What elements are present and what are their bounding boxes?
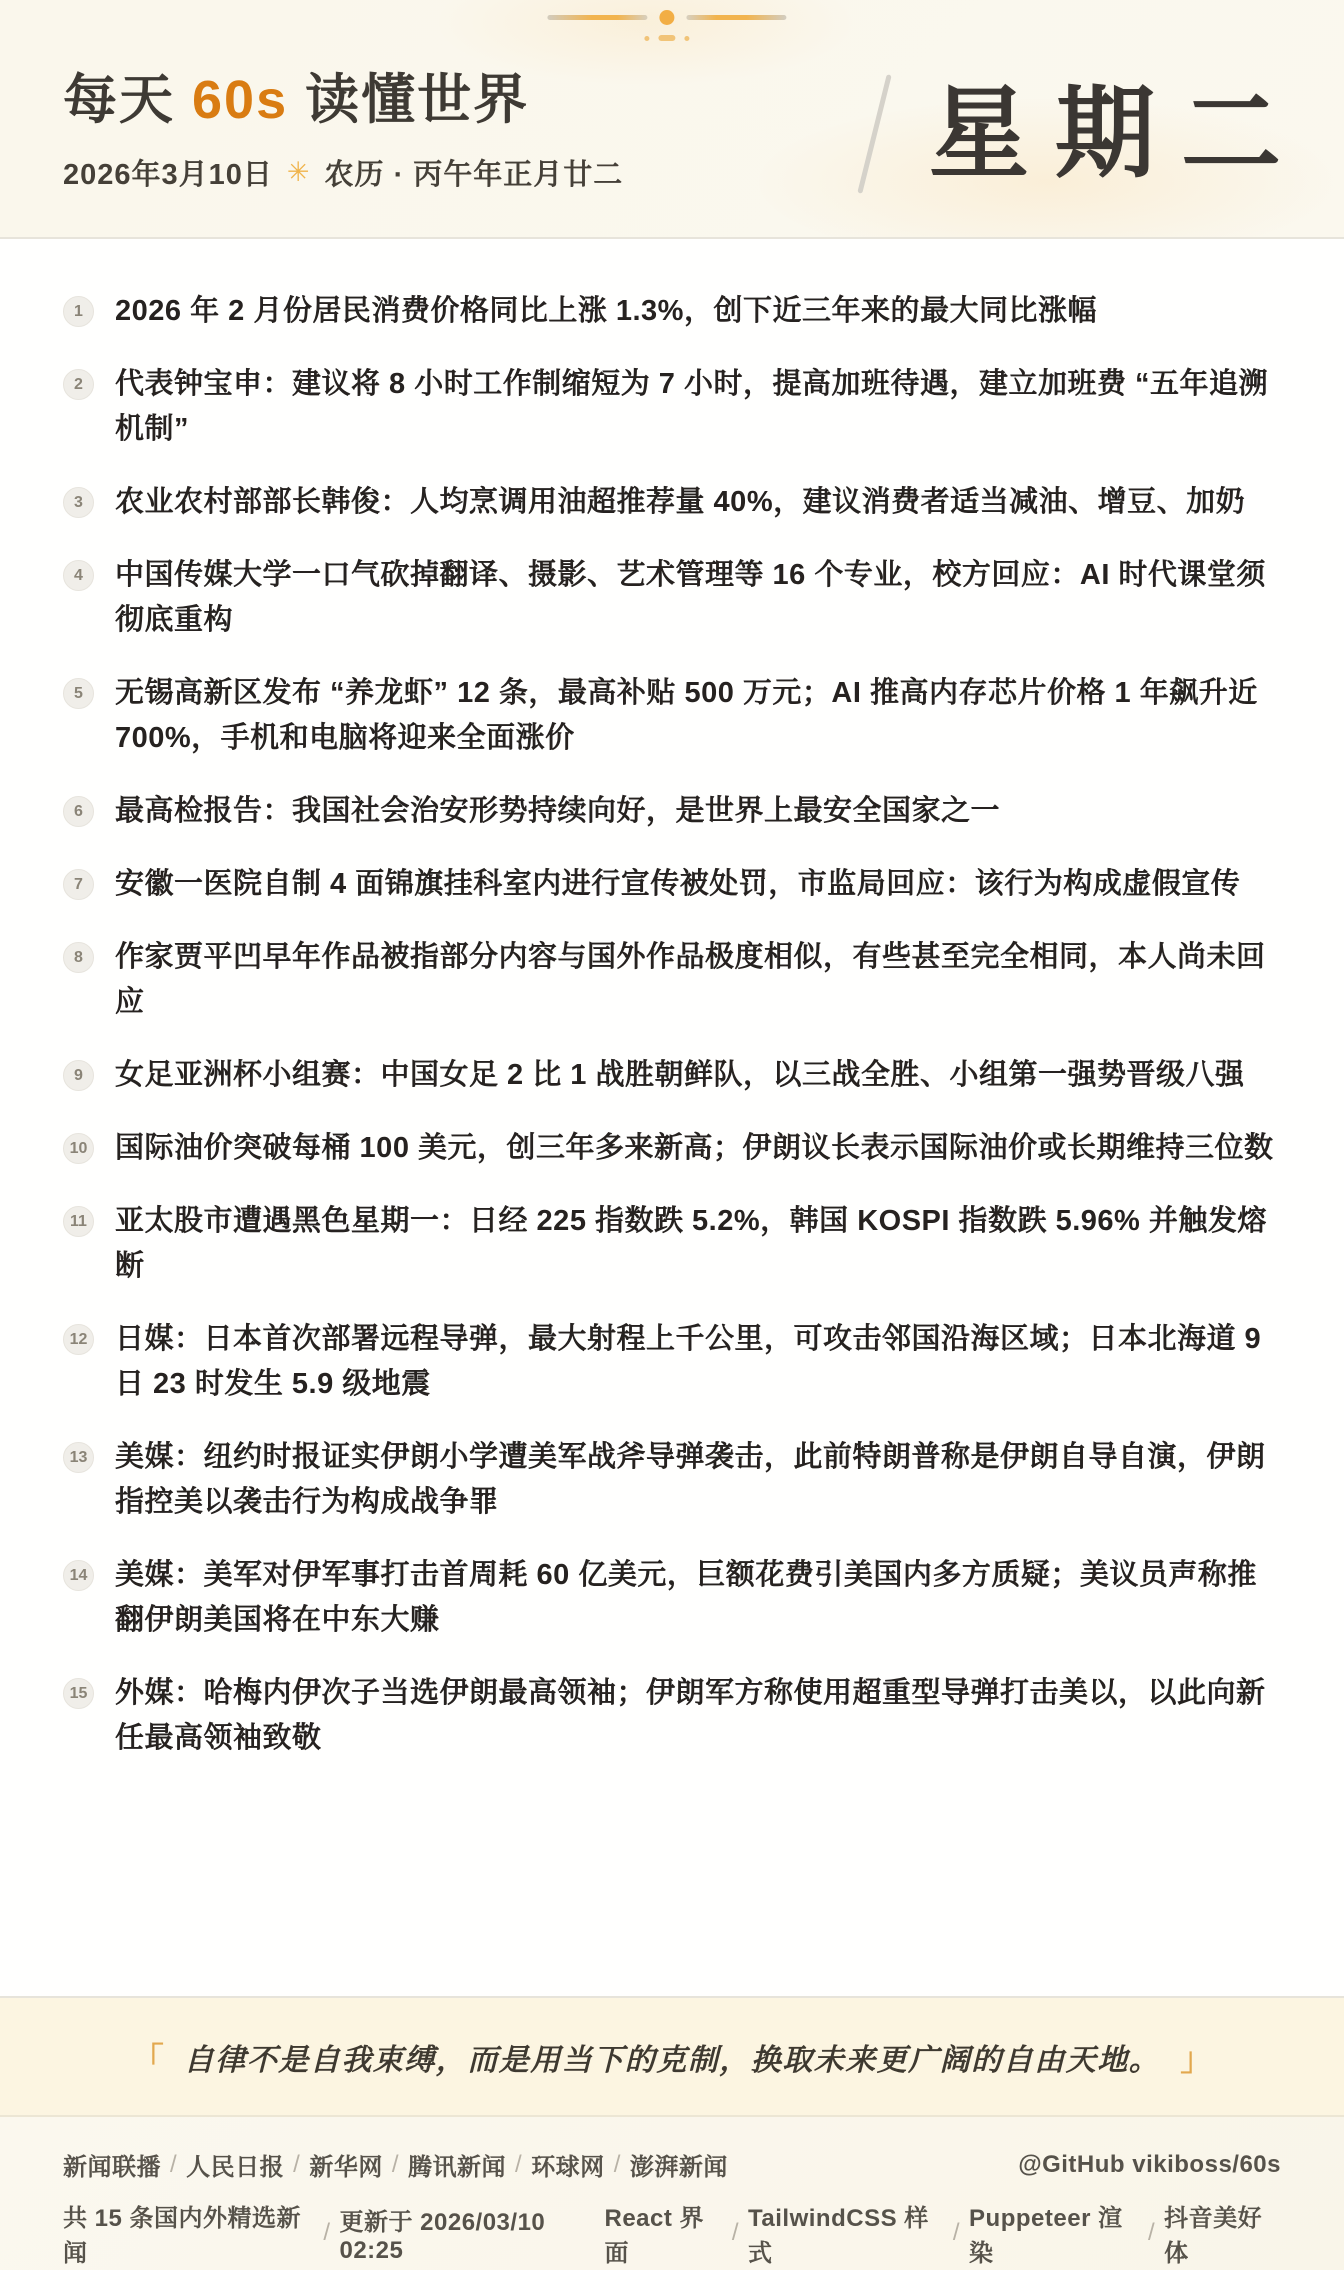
news-list: 1 2026 年 2 月份居民消费价格同比上涨 1.3%，创下近三年来的最大同比… bbox=[63, 289, 1284, 1761]
page-title: 每天 60s 读懂世界 bbox=[63, 71, 623, 130]
list-item: 新华网 bbox=[309, 2147, 383, 2182]
news-item: 1 2026 年 2 月份居民消费价格同比上涨 1.3%，创下近三年来的最大同比… bbox=[63, 289, 1284, 334]
news-count-text: 共 15 条国内外精选新闻 bbox=[63, 2198, 314, 2268]
news-card: 1 2026 年 2 月份居民消费价格同比上涨 1.3%，创下近三年来的最大同比… bbox=[0, 237, 1344, 1998]
list-item: 腾讯新闻 bbox=[408, 2147, 506, 2182]
news-item-text: 中国传媒大学一口气砍掉翻译、摄影、艺术管理等 16 个专业，校方回应：AI 时代… bbox=[115, 553, 1284, 643]
news-item-text: 最高检报告：我国社会治安形势持续向好，是世界上最安全国家之一 bbox=[115, 789, 1000, 834]
decoration-small-dot-icon bbox=[644, 36, 649, 41]
source-list: 新闻联播/人民日报/新华网/腾讯新闻/环球网/澎湃新闻 bbox=[63, 2147, 728, 2182]
update-time-text: 更新于 2026/03/10 02:25 bbox=[339, 2202, 604, 2265]
decoration-dash-icon bbox=[658, 35, 675, 41]
list-item: TailwindCSS 样式 bbox=[748, 2198, 944, 2268]
news-item-text: 代表钟宝申：建议将 8 小时工作制缩短为 7 小时，提高加班待遇，建立加班费 “… bbox=[115, 362, 1284, 452]
tech-list: React 界面/TailwindCSS 样式/Puppeteer 渲染/抖音美… bbox=[604, 2198, 1281, 2268]
news-item-number-badge: 11 bbox=[63, 1206, 94, 1237]
news-item-text: 作家贾平凹早年作品被指部分内容与国外作品极度相似，有些甚至完全相同，本人尚未回应 bbox=[115, 935, 1284, 1025]
news-item-text: 农业农村部部长韩俊：人均烹调用油超推荐量 40%，建议消费者适当减油、增豆、加奶 bbox=[115, 480, 1245, 525]
news-item-number-badge: 15 bbox=[63, 1678, 94, 1709]
news-item-number-badge: 9 bbox=[63, 1060, 94, 1091]
list-item: 环球网 bbox=[531, 2147, 605, 2182]
news-item-text: 2026 年 2 月份居民消费价格同比上涨 1.3%，创下近三年来的最大同比涨幅 bbox=[115, 289, 1097, 334]
news-item-number-badge: 13 bbox=[63, 1442, 94, 1473]
news-item-number-badge: 5 bbox=[63, 678, 94, 709]
quote-section: 「 自律不是自我束缚，而是用当下的克制，换取未来更广阔的自由天地。 」 bbox=[0, 1998, 1344, 2117]
list-item: 澎湃新闻 bbox=[630, 2147, 728, 2182]
news-item: 15 外媒：哈梅内伊次子当选伊朗最高领袖；伊朗军方称使用超重型导弹打击美以，以此… bbox=[63, 1671, 1284, 1761]
news-item: 11 亚太股市遭遇黑色星期一：日经 225 指数跌 5.2%，韩国 KOSPI … bbox=[63, 1199, 1284, 1289]
quote-text: 自律不是自我束缚，而是用当下的克制，换取未来更广阔的自由天地。 bbox=[184, 2035, 1161, 2079]
news-item: 2 代表钟宝申：建议将 8 小时工作制缩短为 7 小时，提高加班待遇，建立加班费… bbox=[63, 362, 1284, 452]
separator: / bbox=[1139, 2219, 1164, 2247]
date-row: 2026年3月10日 ✳ 农历 · 丙午年正月廿二 bbox=[63, 152, 623, 193]
news-item: 5 无锡高新区发布 “养龙虾” 12 条，最高补贴 500 万元；AI 推高内存… bbox=[63, 671, 1284, 761]
list-item: React 界面 bbox=[604, 2198, 722, 2268]
weekday-divider bbox=[857, 74, 891, 194]
list-item: Puppeteer 渲染 bbox=[969, 2198, 1139, 2268]
separator: / bbox=[383, 2151, 408, 2179]
quote-close-mark: 」 bbox=[1180, 2034, 1212, 2080]
separator: / bbox=[723, 2219, 748, 2247]
separator: / bbox=[506, 2151, 531, 2179]
news-meta: 共 15 条国内外精选新闻 / 更新于 2026/03/10 02:25 bbox=[63, 2198, 604, 2268]
news-item-number-badge: 3 bbox=[63, 487, 94, 518]
title-prefix: 每天 bbox=[63, 70, 192, 130]
date-text: 2026年3月10日 bbox=[63, 152, 273, 193]
quote-open-mark: 「 bbox=[132, 2034, 164, 2080]
news-item: 9 女足亚洲杯小组赛：中国女足 2 比 1 战胜朝鲜队，以三战全胜、小组第一强势… bbox=[63, 1053, 1284, 1098]
news-item-number-badge: 2 bbox=[63, 369, 94, 400]
title-suffix: 读懂世界 bbox=[288, 70, 529, 130]
title-highlight: 60s bbox=[192, 70, 288, 130]
decoration-line-left bbox=[547, 15, 647, 20]
decoration-small-dot-icon bbox=[684, 36, 689, 41]
news-item-number-badge: 10 bbox=[63, 1133, 94, 1164]
news-item: 8 作家贾平凹早年作品被指部分内容与国外作品极度相似，有些甚至完全相同，本人尚未… bbox=[63, 935, 1284, 1025]
separator: / bbox=[314, 2219, 339, 2247]
news-item-number-badge: 12 bbox=[63, 1324, 94, 1355]
news-item-text: 安徽一医院自制 4 面锦旗挂科室内进行宣传被处罚，市监局回应：该行为构成虚假宣传 bbox=[115, 862, 1240, 907]
news-item-text: 美媒：纽约时报证实伊朗小学遭美军战斧导弹袭击，此前特朗普称是伊朗自导自演，伊朗指… bbox=[115, 1435, 1284, 1525]
news-item-text: 女足亚洲杯小组赛：中国女足 2 比 1 战胜朝鲜队，以三战全胜、小组第一强势晋级… bbox=[115, 1053, 1245, 1098]
lunar-date-text: 农历 · 丙午年正月廿二 bbox=[325, 152, 624, 193]
asterisk-icon: ✳ bbox=[287, 157, 311, 188]
list-item: 人民日报 bbox=[186, 2147, 284, 2182]
news-item-number-badge: 14 bbox=[63, 1560, 94, 1591]
separator: / bbox=[605, 2151, 630, 2179]
decoration-line-right bbox=[686, 15, 786, 20]
news-item-text: 美媒：美军对伊军事打击首周耗 60 亿美元，巨额花费引美国内多方质疑；美议员声称… bbox=[115, 1553, 1284, 1643]
news-item: 3 农业农村部部长韩俊：人均烹调用油超推荐量 40%，建议消费者适当减油、增豆、… bbox=[63, 480, 1284, 525]
news-item-number-badge: 8 bbox=[63, 942, 94, 973]
list-item: 抖音美好体 bbox=[1164, 2198, 1281, 2268]
news-item: 4 中国传媒大学一口气砍掉翻译、摄影、艺术管理等 16 个专业，校方回应：AI … bbox=[63, 553, 1284, 643]
decoration-dot-icon bbox=[659, 10, 674, 25]
news-item: 12 日媒：日本首次部署远程导弹，最大射程上千公里，可攻击邻国沿海区域；日本北海… bbox=[63, 1317, 1284, 1407]
news-item-number-badge: 1 bbox=[63, 296, 94, 327]
news-item: 7 安徽一医院自制 4 面锦旗挂科室内进行宣传被处罚，市监局回应：该行为构成虚假… bbox=[63, 862, 1284, 907]
news-item-text: 国际油价突破每桶 100 美元，创三年多来新高；伊朗议长表示国际油价或长期维持三… bbox=[115, 1126, 1274, 1171]
news-item-text: 外媒：哈梅内伊次子当选伊朗最高领袖；伊朗军方称使用超重型导弹打击美以，以此向新任… bbox=[115, 1671, 1284, 1761]
news-item: 10 国际油价突破每桶 100 美元，创三年多来新高；伊朗议长表示国际油价或长期… bbox=[63, 1126, 1284, 1171]
github-handle: @GitHub vikiboss/60s bbox=[1018, 2151, 1281, 2179]
news-item-text: 无锡高新区发布 “养龙虾” 12 条，最高补贴 500 万元；AI 推高内存芯片… bbox=[115, 671, 1284, 761]
news-item: 6 最高检报告：我国社会治安形势持续向好，是世界上最安全国家之一 bbox=[63, 789, 1284, 834]
news-item-number-badge: 7 bbox=[63, 869, 94, 900]
news-item-number-badge: 6 bbox=[63, 796, 94, 827]
footer: 新闻联播/人民日报/新华网/腾讯新闻/环球网/澎湃新闻 @GitHub viki… bbox=[0, 2117, 1344, 2270]
weekday-text: 星期二 bbox=[929, 84, 1307, 184]
list-item: 新闻联播 bbox=[63, 2147, 161, 2182]
news-item: 13 美媒：纽约时报证实伊朗小学遭美军战斧导弹袭击，此前特朗普称是伊朗自导自演，… bbox=[63, 1435, 1284, 1525]
news-item-text: 亚太股市遭遇黑色星期一：日经 225 指数跌 5.2%，韩国 KOSPI 指数跌… bbox=[115, 1199, 1284, 1289]
news-item-number-badge: 4 bbox=[63, 560, 94, 591]
top-decoration bbox=[526, 10, 806, 41]
news-item: 14 美媒：美军对伊军事打击首周耗 60 亿美元，巨额花费引美国内多方质疑；美议… bbox=[63, 1553, 1284, 1643]
news-item-text: 日媒：日本首次部署远程导弹，最大射程上千公里，可攻击邻国沿海区域；日本北海道 9… bbox=[115, 1317, 1284, 1407]
separator: / bbox=[284, 2151, 309, 2179]
separator: / bbox=[944, 2219, 969, 2247]
separator: / bbox=[161, 2151, 186, 2179]
